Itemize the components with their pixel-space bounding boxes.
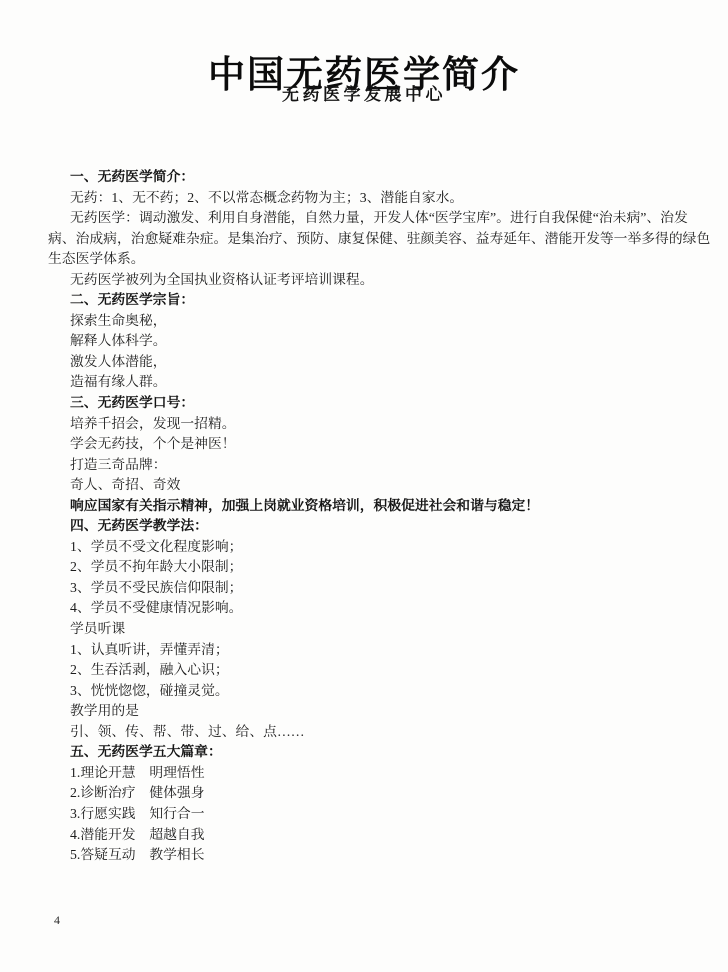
text-line: 3、恍恍惚惚，碰撞灵觉。	[48, 681, 708, 702]
document-body: 一、无药医学简介：无药：1、无不药；2、不以常态概念药物为主；3、潜能自家水。无…	[48, 167, 708, 866]
page-number: 4	[54, 913, 60, 928]
text-line: 激发人体潜能，	[48, 352, 708, 373]
text-line: 解释人体科学。	[48, 331, 708, 352]
text-line: 响应国家有关指示精神，加强上岗就业资格培训，积极促进社会和谐与稳定！	[48, 496, 708, 517]
text-line: 2.诊断治疗 健体强身	[48, 783, 708, 804]
text-line: 引、领、传、帮、带、过、给、点……	[48, 722, 708, 743]
text-line: 二、无药医学宗旨：	[48, 290, 708, 311]
text-line: 1、认真听讲，弄懂弄清；	[48, 640, 708, 661]
text-line: 五、无药医学五大篇章：	[48, 742, 708, 763]
text-line: 1、学员不受文化程度影响；	[48, 537, 708, 558]
text-line: 5.答疑互动 教学相长	[48, 845, 708, 866]
text-line: 探索生命奥秘，	[48, 311, 708, 332]
text-line: 打造三奇品牌：	[48, 455, 708, 476]
document-page: 中国无药医学简介 无药医学发展中心 一、无药医学简介：无药：1、无不药；2、不以…	[0, 0, 728, 972]
text-line: 3.行愿实践 知行合一	[48, 804, 708, 825]
text-line: 奇人、奇招、奇效	[48, 475, 708, 496]
text-line: 生态医学体系。	[48, 249, 708, 270]
text-line: 造福有缘人群。	[48, 372, 708, 393]
text-line: 无药医学被列为全国执业资格认证考评培训课程。	[48, 270, 708, 291]
text-line: 三、无药医学口号：	[48, 393, 708, 414]
text-line: 3、学员不受民族信仰限制；	[48, 578, 708, 599]
text-line: 无药医学：调动激发、利用自身潜能，自然力量，开发人体“医学宝库”。进行自我保健“…	[48, 208, 708, 229]
text-line: 培养千招会，发现一招精。	[48, 414, 708, 435]
text-line: 病、治成病，治愈疑难杂症。是集治疗、预防、康复保健、驻颜美容、益寿延年、潜能开发…	[48, 229, 708, 250]
text-line: 1.理论开慧 明理悟性	[48, 763, 708, 784]
text-line: 无药：1、无不药；2、不以常态概念药物为主；3、潜能自家水。	[48, 188, 708, 209]
text-line: 学员听课	[48, 619, 708, 640]
text-line: 学会无药技，个个是神医！	[48, 434, 708, 455]
text-line: 教学用的是	[48, 701, 708, 722]
document-subtitle: 无药医学发展中心	[0, 85, 728, 105]
text-line: 4.潜能开发 超越自我	[48, 825, 708, 846]
text-line: 一、无药医学简介：	[48, 167, 708, 188]
text-line: 4、学员不受健康情况影响。	[48, 598, 708, 619]
text-line: 2、学员不拘年龄大小限制；	[48, 557, 708, 578]
text-line: 四、无药医学教学法：	[48, 516, 708, 537]
text-line: 2、生吞活剥，融入心识；	[48, 660, 708, 681]
